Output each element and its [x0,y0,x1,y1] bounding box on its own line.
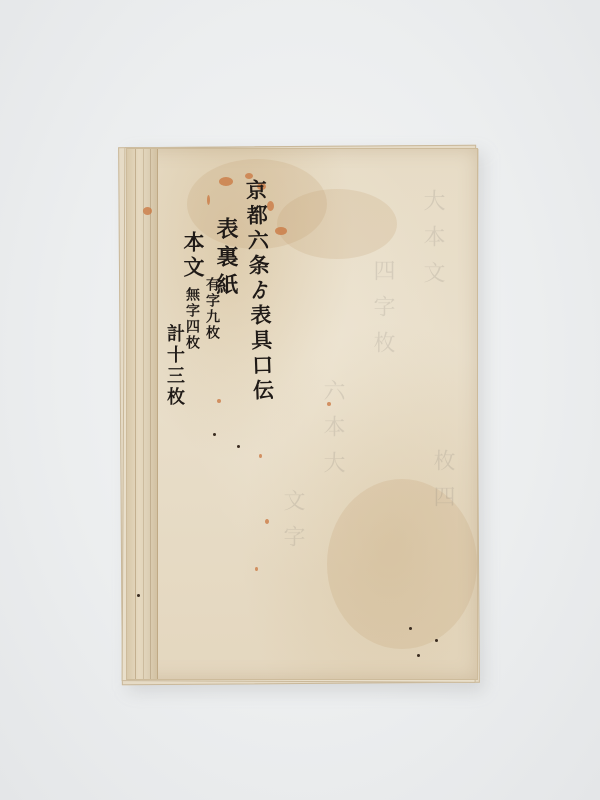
wormhole [417,654,420,657]
rust-stain [245,173,253,179]
rust-stain [207,195,210,205]
wormhole [409,627,412,630]
wormhole [213,433,216,436]
spine-crease [143,149,144,679]
inscription-written-pages: 有字九枚 [205,277,219,341]
show-through-text: 大本文 [417,189,448,297]
inscription-blank-pages: 無字四枚 [185,287,199,351]
show-through-text: 四字枚 [367,259,398,367]
show-through-text: 文字 [277,489,308,561]
water-stain [277,189,397,259]
rust-stain [265,519,269,524]
wormhole [137,594,140,597]
inscription-body-label: 本文 [183,231,204,281]
binding-spine [127,149,158,679]
rust-stain [143,207,152,215]
rust-stain [275,227,287,235]
rust-stain [217,399,221,403]
inscription-total: 計十三枚 [165,324,183,408]
rust-stain [219,177,233,186]
spine-crease [135,149,136,679]
booklet-cover: 大本文 四字枚 六本大 文字 枚四 京都六条ゟ表具口伝 表裏紙 本文 有字九枚 … [126,148,478,680]
rust-stain [255,567,258,571]
wormhole [237,445,240,448]
show-through-text: 六本大 [317,379,348,487]
wormhole [435,639,438,642]
rust-stain [259,454,262,458]
spine-crease [150,149,151,679]
show-through-text: 枚四 [427,449,458,521]
